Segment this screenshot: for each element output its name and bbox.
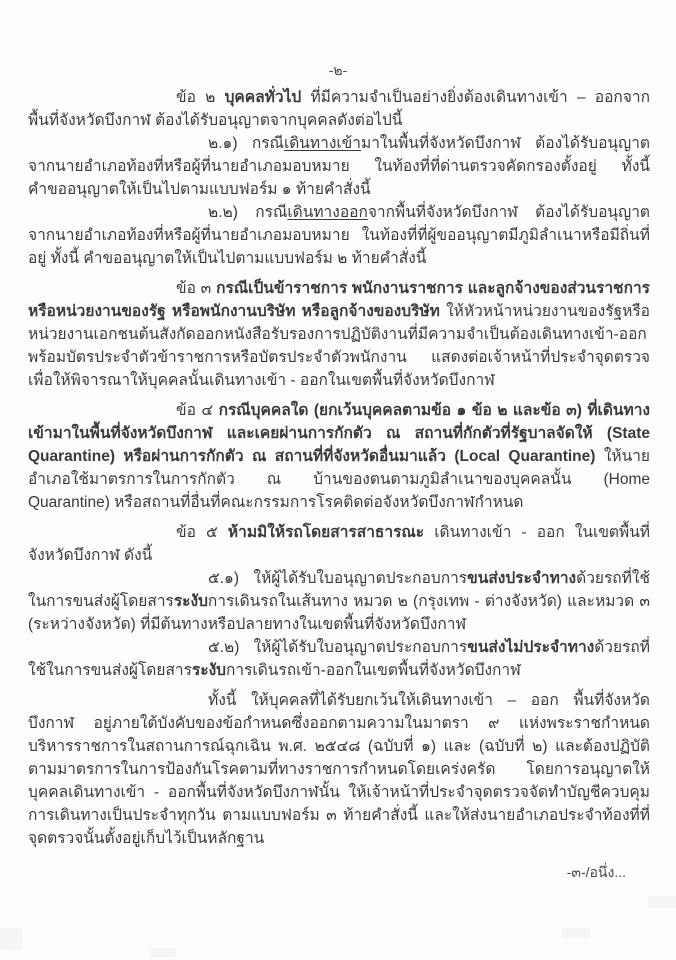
clause-2-1: ๒.๑) กรณีเดินทางเข้ามาในพื้นที่จังหวัดบึ… — [28, 132, 650, 201]
text-run: ที่มีความจำเป็นอย่างยิ่งต้องเดินทางเข้า … — [28, 89, 650, 129]
clause-3: ข้อ ๓ กรณีเป็นข้าราชการ พนักงานราชการ แล… — [28, 277, 650, 392]
text-run: บุคคลทั่วไป — [225, 89, 302, 106]
text-run: ระงับ — [174, 593, 208, 610]
text-run: ๕.๑) ให้ผู้ได้รับใบอนุญาตประกอบการ — [208, 570, 467, 587]
text-run: ขนส่งประจำทาง — [467, 570, 576, 587]
text-run: เดินทางเข้า — [284, 135, 361, 152]
document-body: ข้อ ๒ บุคคลทั่วไป ที่มีความจำเป็นอย่างยิ… — [28, 86, 650, 850]
text-run: เดินทางออก — [287, 204, 367, 221]
scan-artifact — [648, 896, 676, 908]
text-run: ทั้งนี้ ให้บุคคลที่ได้รับยกเว้นให้เดินทา… — [28, 692, 650, 847]
text-run: ๕.๒) ให้ผู้ได้รับใบอนุญาตประกอบการ — [208, 639, 467, 656]
document-page: -๒- ข้อ ๒ บุคคลทั่วไป ที่มีความจำเป็นอย่… — [0, 0, 676, 960]
clause-2: ข้อ ๒ บุคคลทั่วไป ที่มีความจำเป็นอย่างยิ… — [28, 86, 650, 132]
scan-artifact — [0, 928, 22, 950]
clause-5-1: ๕.๑) ให้ผู้ได้รับใบอนุญาตประกอบการขนส่งป… — [28, 567, 650, 636]
page-number: -๒- — [0, 60, 676, 82]
text-run: ข้อ ๕ — [176, 524, 228, 541]
scan-artifact — [150, 948, 176, 957]
text-run: ข้อ ๔ — [176, 402, 219, 419]
text-run: ข้อ ๓ — [176, 280, 216, 297]
text-run: ห้ามมิให้รถโดยสารสาธารณะ — [228, 524, 424, 541]
closing-paragraph: ทั้งนี้ ให้บุคคลที่ได้รับยกเว้นให้เดินทา… — [28, 689, 650, 850]
clause-2-2: ๒.๒) กรณีเดินทางออกจากพื้นที่จังหวัดบึงก… — [28, 201, 650, 270]
continuation-note: -๓-/อนึ่ง... — [567, 862, 626, 884]
scan-artifact — [562, 928, 590, 938]
text-run: กรณีบุคคลใด (ยกเว้นบุคคลตามข้อ ๑ ข้อ ๒ แ… — [28, 402, 650, 465]
text-run: ๒.๒) กรณี — [208, 204, 287, 221]
clause-5: ข้อ ๕ ห้ามมิให้รถโดยสารสาธารณะ เดินทางเข… — [28, 521, 650, 567]
text-run: ขนส่งไม่ประจำทาง — [467, 639, 594, 656]
text-run: ข้อ ๒ — [176, 89, 225, 106]
clause-5-2: ๕.๒) ให้ผู้ได้รับใบอนุญาตประกอบการขนส่งไ… — [28, 636, 650, 682]
text-run: ระงับ — [192, 662, 226, 679]
text-run: การเดินรถเข้า-ออกในเขตพื้นที่จังหวัดบึงก… — [226, 662, 521, 679]
text-run: ๒.๑) กรณี — [208, 135, 284, 152]
clause-4: ข้อ ๔ กรณีบุคคลใด (ยกเว้นบุคคลตามข้อ ๑ ข… — [28, 399, 650, 514]
